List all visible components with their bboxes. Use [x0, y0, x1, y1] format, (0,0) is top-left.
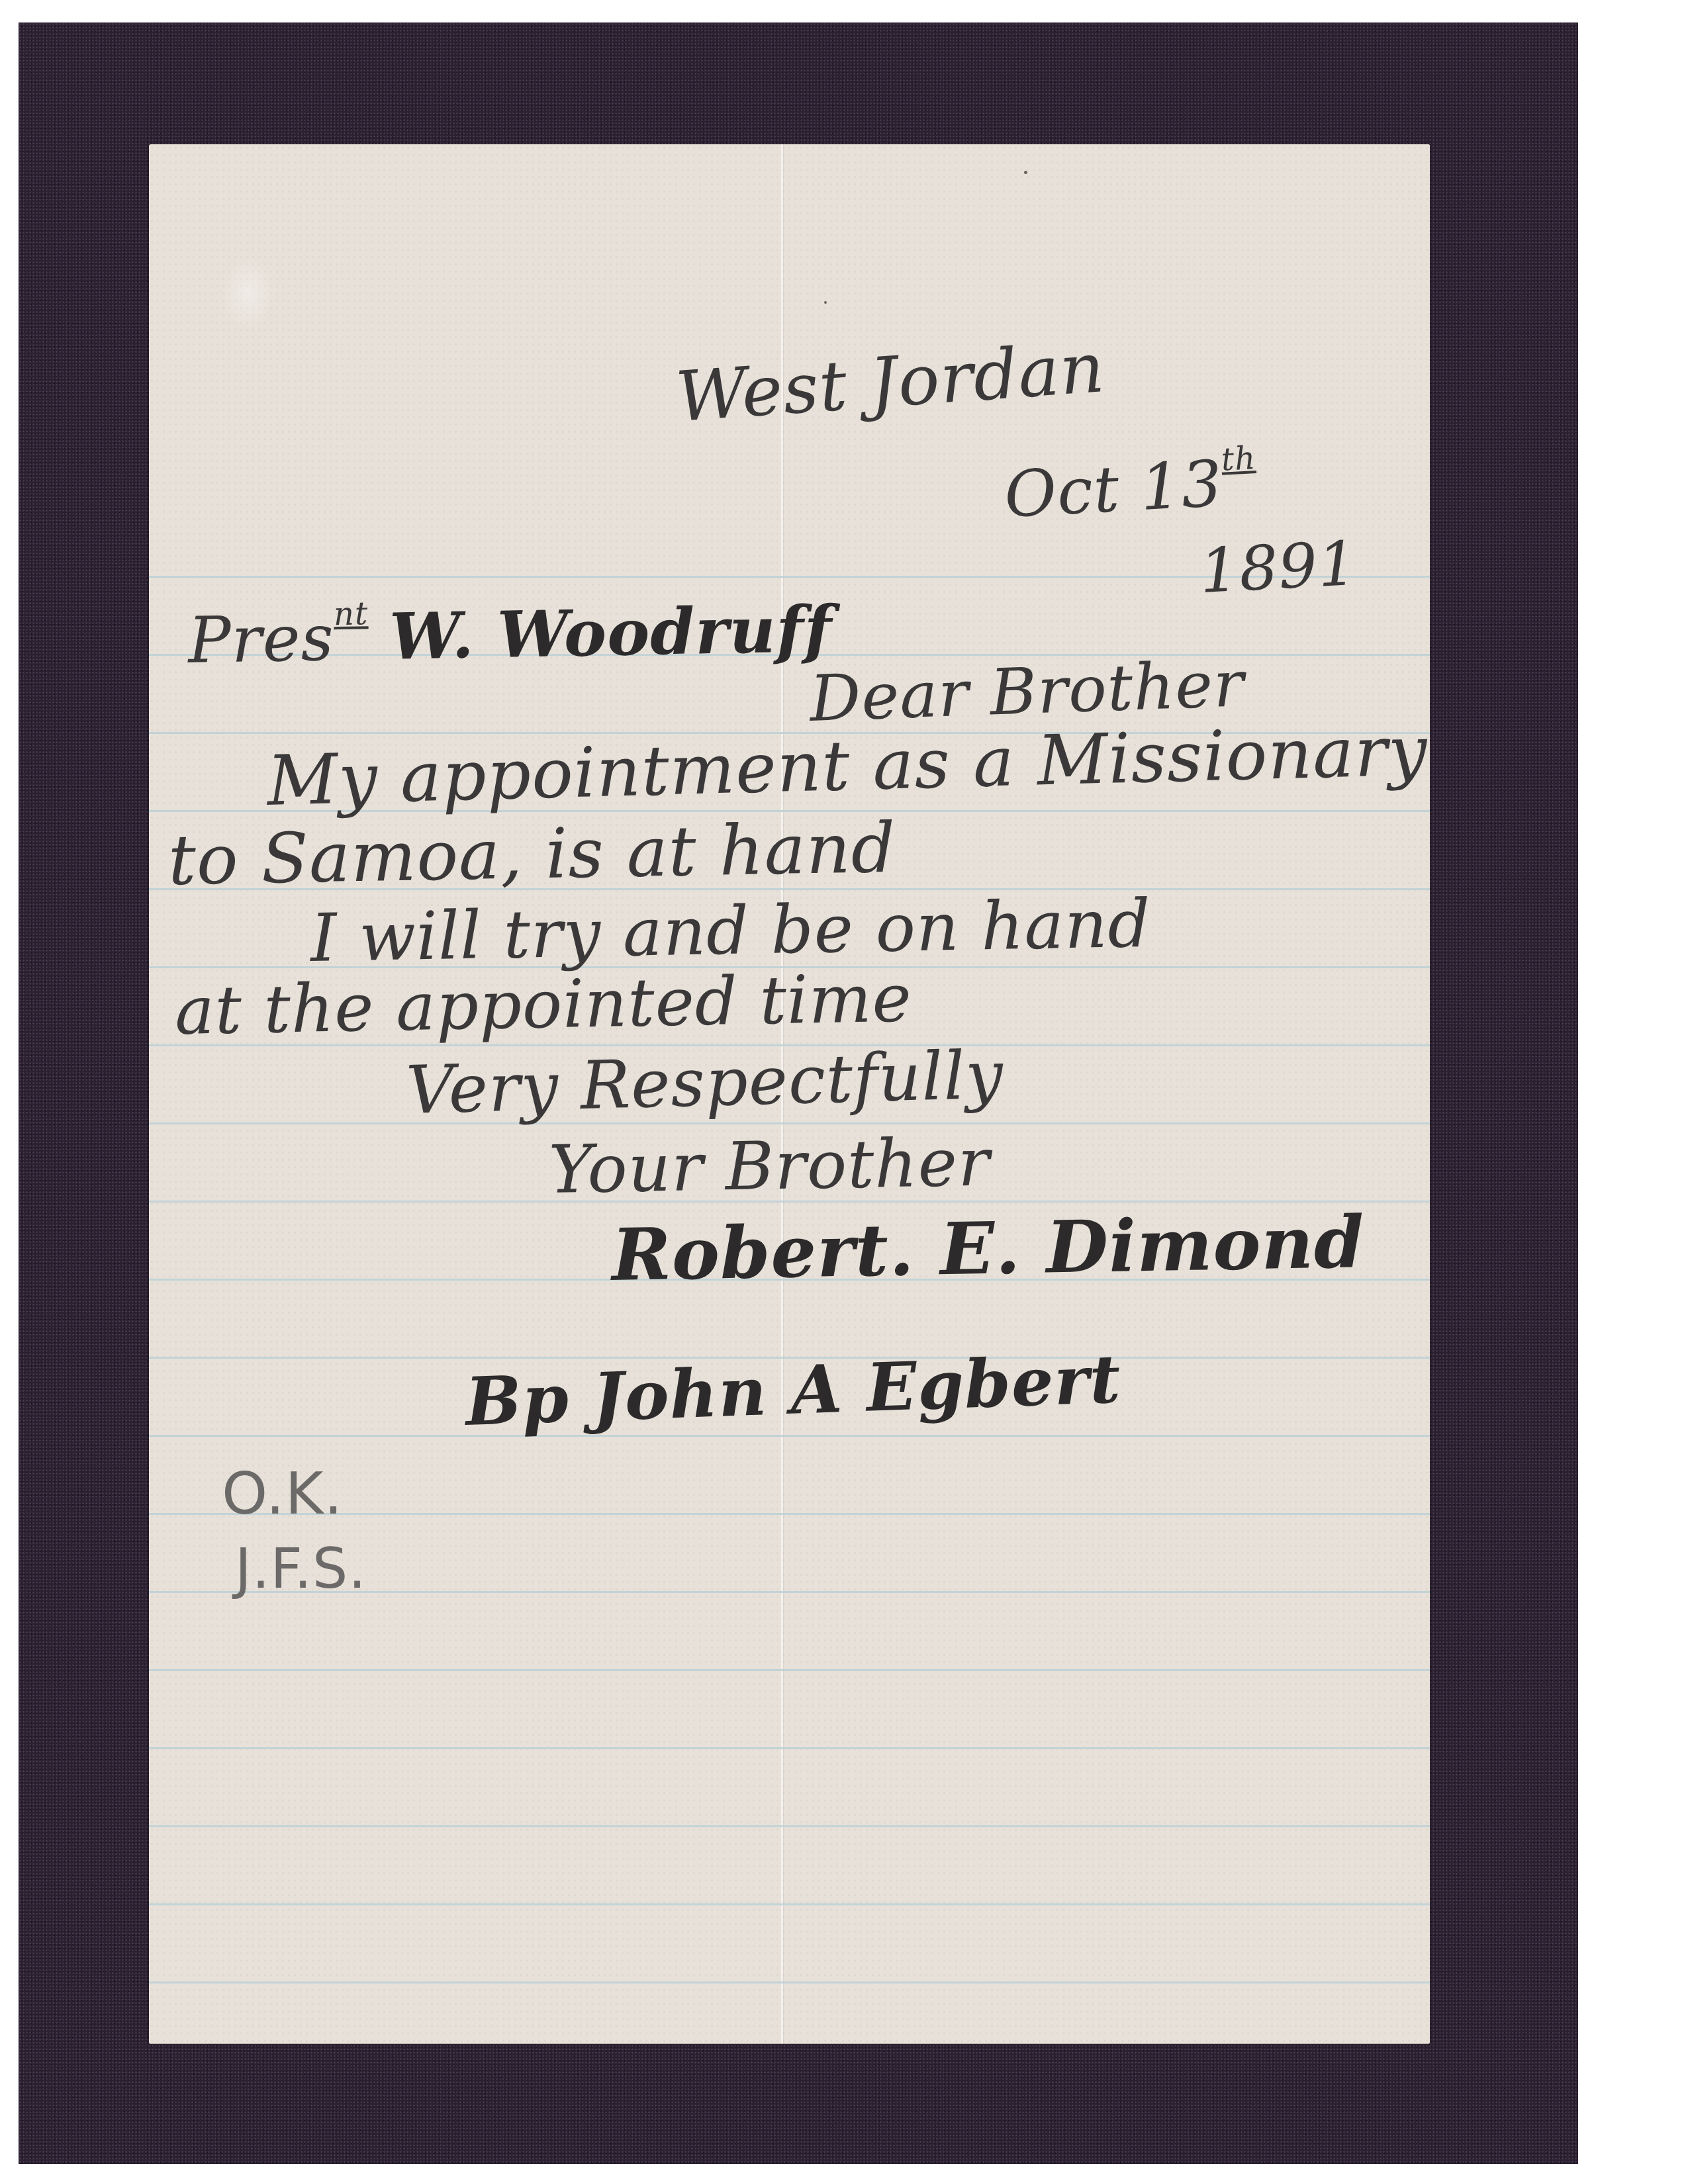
body-line-3: I will try and be on hand	[310, 891, 1151, 972]
addressee-title: Pres	[187, 601, 334, 678]
ruled-line	[149, 1747, 1430, 1749]
paper-speck	[1024, 171, 1027, 174]
ruled-line	[149, 1122, 1430, 1124]
paper-speck	[824, 301, 827, 304]
ruled-line	[149, 1903, 1430, 1905]
ruled-line	[149, 1435, 1430, 1437]
heading-date: Oct 13th	[1002, 442, 1258, 527]
approval-mark: O.K.	[222, 1465, 343, 1523]
ruled-line	[149, 1825, 1430, 1827]
heading-place: West Jordan	[674, 333, 1107, 432]
approval-initials: J.F.S.	[235, 1541, 367, 1596]
addressee-title-suffix: nt	[334, 595, 369, 633]
bishop-endorsement: Bp John A Egbert	[465, 1345, 1122, 1435]
ruled-line	[149, 1669, 1430, 1671]
embossed-stamp-mark	[222, 257, 275, 330]
closing-valediction: Very Respectfully	[405, 1042, 1004, 1124]
heading-date-month-day: Oct 13	[1003, 447, 1225, 532]
closing-signature: Robert. E. Dimond	[611, 1206, 1365, 1291]
body-line-4: at the appointed time	[174, 966, 912, 1044]
letter-paper: West Jordan Oct 13th 1891 Presnt W. Wood…	[149, 144, 1430, 2044]
ruled-line	[149, 1981, 1430, 1983]
heading-year: 1891	[1198, 533, 1359, 602]
heading-date-suffix: th	[1220, 439, 1256, 478]
body-line-2: to Samoa, is at hand	[167, 813, 896, 895]
addressee-name: W. Woodruff	[389, 592, 833, 674]
addressee: Presnt W. Woodruff	[187, 590, 833, 672]
closing-relation: Your Brother	[548, 1129, 990, 1203]
body-line-1: My appointment as a Missionary	[266, 716, 1429, 815]
